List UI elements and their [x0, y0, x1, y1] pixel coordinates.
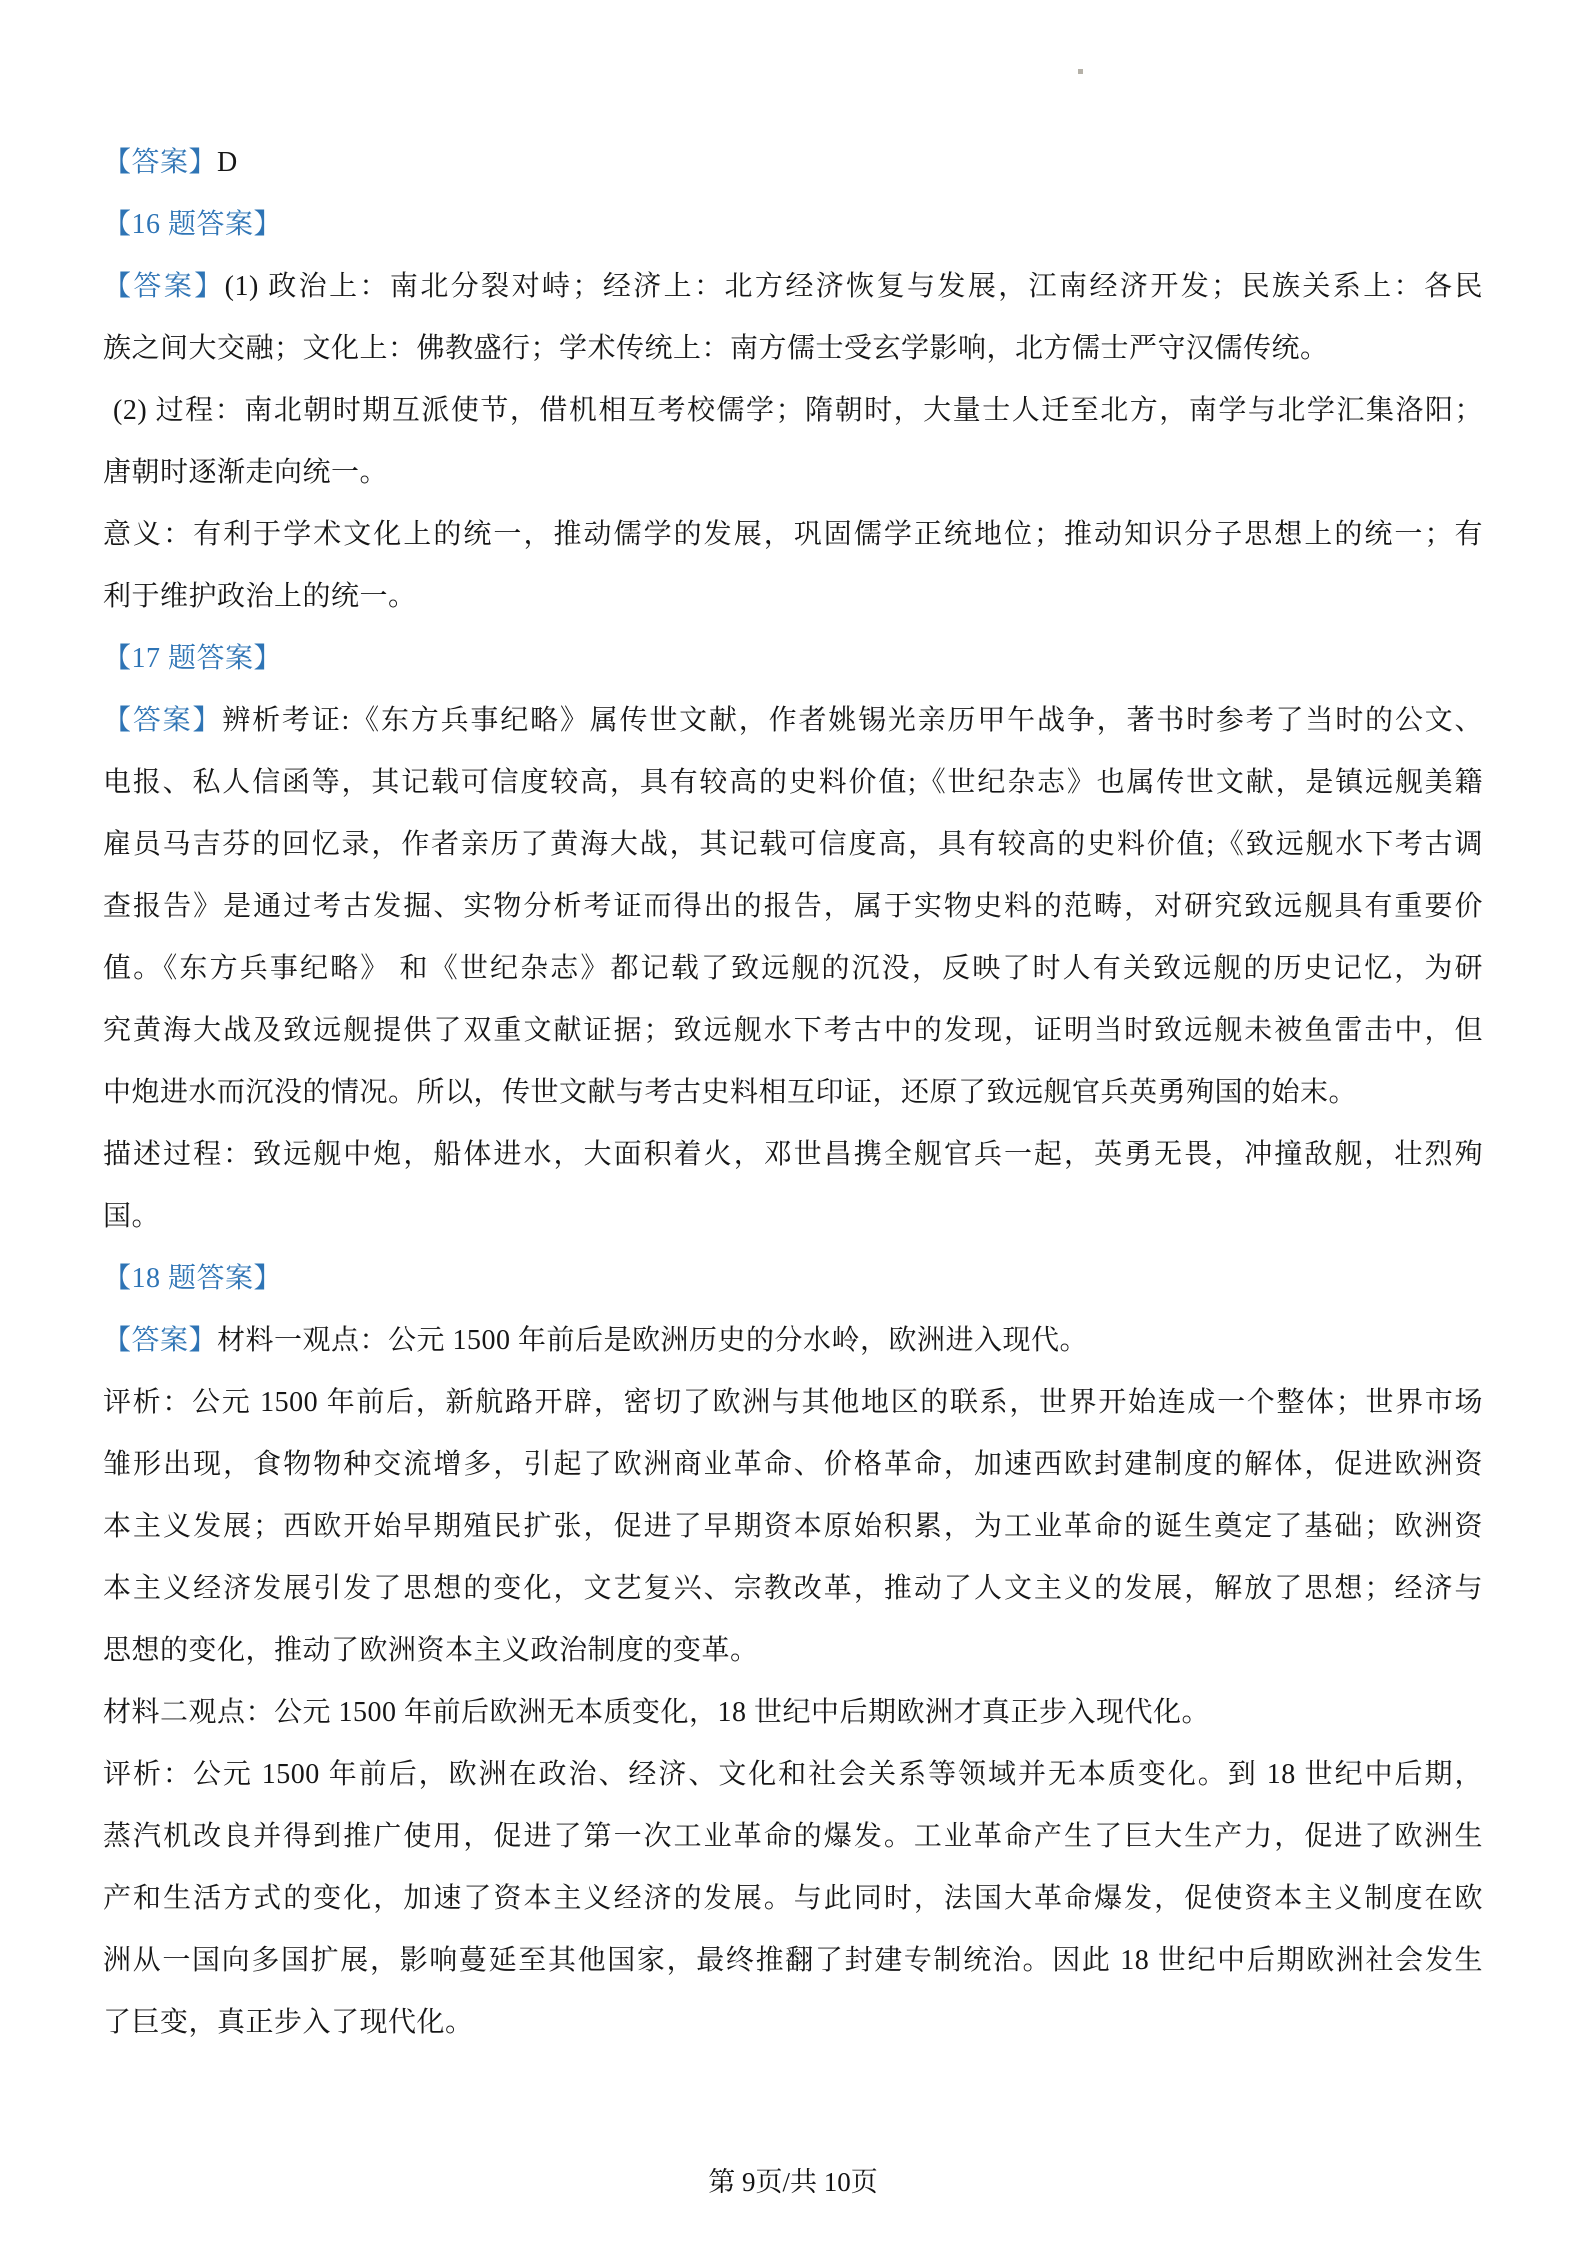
text-line: 查报告》是通过考古发掘、实物分析考证而得出的报告，属于实物史料的范畴，对研究致远… — [103, 876, 1483, 938]
section-heading: 【17 题答案】 — [103, 628, 1483, 690]
answer-label: 【答案】 — [103, 271, 225, 302]
text-line: 本主义经济发展引发了思想的变化，文艺复兴、宗教改革，推动了人文主义的发展，解放了… — [103, 1558, 1483, 1620]
document-page: 【答案】D【16 题答案】【答案】(1) 政治上：南北分裂对峙；经济上：北方经济… — [0, 0, 1586, 2244]
text-line: 族之间大交融；文化上：佛教盛行；学术传统上：南方儒士受玄学影响，北方儒士严守汉儒… — [103, 318, 1483, 380]
text-line: 评析：公元 1500 年前后，欧洲在政治、经济、文化和社会关系等领域并无本质变化… — [103, 1744, 1483, 1806]
section-heading: 【16 题答案】 — [103, 194, 1483, 256]
text-line: 描述过程：致远舰中炮，船体进水，大面积着火，邓世昌携全舰官兵一起，英勇无畏，冲撞… — [103, 1124, 1483, 1186]
line-text: 材料二观点：公元 1500 年前后欧洲无本质变化，18 世纪中后期欧洲才真正步入… — [103, 1697, 1210, 1728]
answer-label: 【答案】 — [103, 147, 217, 178]
text-line: 了巨变，真正步入了现代化。 — [103, 1992, 1483, 2054]
text-line: 思想的变化，推动了欧洲资本主义政治制度的变革。 — [103, 1620, 1483, 1682]
line-text: 评析：公元 1500 年前后，新航路开辟，密切了欧洲与其他地区的联系，世界开始连… — [103, 1387, 1483, 1418]
text-line: (2) 过程：南北朝时期互派使节，借机相互考校儒学；隋朝时，大量士人迁至北方，南… — [103, 380, 1483, 442]
answer-label: 【答案】 — [103, 1325, 217, 1356]
line-text: 究黄海大战及致远舰提供了双重文献证据；致远舰水下考古中的发现，证明当时致远舰未被… — [103, 1015, 1483, 1046]
text-line: 产和生活方式的变化，加速了资本主义经济的发展。与此同时，法国大革命爆发，促使资本… — [103, 1868, 1483, 1930]
text-line: 究黄海大战及致远舰提供了双重文献证据；致远舰水下考古中的发现，证明当时致远舰未被… — [103, 1000, 1483, 1062]
line-text: 辨析考证:《东方兵事纪略》属传世文献，作者姚锡光亲历甲午战争，著书时参考了当时的… — [222, 705, 1483, 736]
line-text: 本主义经济发展引发了思想的变化，文艺复兴、宗教改革，推动了人文主义的发展，解放了… — [103, 1573, 1483, 1604]
document-body: 【答案】D【16 题答案】【答案】(1) 政治上：南北分裂对峙；经济上：北方经济… — [103, 132, 1483, 2054]
answer-label: 【答案】 — [103, 705, 222, 736]
line-text: 蒸汽机改良并得到推广使用，促进了第一次工业革命的爆发。工业革命产生了巨大生产力，… — [103, 1821, 1483, 1852]
text-line: 雇员马吉芬的回忆录，作者亲历了黄海大战，其记载可信度高，具有较高的史料价值;《致… — [103, 814, 1483, 876]
line-text: 了巨变，真正步入了现代化。 — [103, 2007, 474, 2038]
text-line: 意义：有利于学术文化上的统一，推动儒学的发展，巩固儒学正统地位；推动知识分子思想… — [103, 504, 1483, 566]
text-line: 本主义发展；西欧开始早期殖民扩张，促进了早期资本原始积累，为工业革命的诞生奠定了… — [103, 1496, 1483, 1558]
text-line: 【答案】材料一观点：公元 1500 年前后是欧洲历史的分水岭，欧洲进入现代。 — [103, 1310, 1483, 1372]
line-text: 产和生活方式的变化，加速了资本主义经济的发展。与此同时，法国大革命爆发，促使资本… — [103, 1883, 1483, 1914]
text-line: 电报、私人信函等，其记载可信度较高，具有较高的史料价值;《世纪杂志》也属传世文献… — [103, 752, 1483, 814]
line-text: 值。《东方兵事纪略》 和《世纪杂志》都记载了致远舰的沉没，反映了时人有关致远舰的… — [103, 953, 1483, 984]
text-line: 材料二观点：公元 1500 年前后欧洲无本质变化，18 世纪中后期欧洲才真正步入… — [103, 1682, 1483, 1744]
line-text: 国。 — [103, 1201, 160, 1232]
question-answer-heading-label: 【16 题答案】 — [103, 209, 282, 240]
text-line: 国。 — [103, 1186, 1483, 1248]
question-answer-heading-label: 【17 题答案】 — [103, 643, 282, 674]
line-text: D — [217, 147, 238, 178]
text-line: 利于维护政治上的统一。 — [103, 566, 1483, 628]
text-line: 中炮进水而沉没的情况。所以，传世文献与考古史料相互印证，还原了致远舰官兵英勇殉国… — [103, 1062, 1483, 1124]
line-text: 雏形出现，食物物种交流增多，引起了欧洲商业革命、价格革命，加速西欧封建制度的解体… — [103, 1449, 1483, 1480]
line-text: 中炮进水而沉没的情况。所以，传世文献与考古史料相互印证，还原了致远舰官兵英勇殉国… — [103, 1077, 1357, 1108]
line-text: 雇员马吉芬的回忆录，作者亲历了黄海大战，其记载可信度高，具有较高的史料价值;《致… — [103, 829, 1483, 860]
line-text: (1) 政治上：南北分裂对峙；经济上：北方经济恢复与发展，江南经济开发；民族关系… — [225, 271, 1483, 302]
line-text: 本主义发展；西欧开始早期殖民扩张，促进了早期资本原始积累，为工业革命的诞生奠定了… — [103, 1511, 1483, 1542]
page-number-text: 第 9页/共 10页 — [708, 2167, 878, 2197]
text-line: 【答案】(1) 政治上：南北分裂对峙；经济上：北方经济恢复与发展，江南经济开发；… — [103, 256, 1483, 318]
line-text: (2) 过程：南北朝时期互派使节，借机相互考校儒学；隋朝时，大量士人迁至北方，南… — [113, 395, 1483, 426]
page-number-footer: 第 9页/共 10页 — [0, 2162, 1586, 2202]
question-answer-heading-label: 【18 题答案】 — [103, 1263, 282, 1294]
section-heading: 【18 题答案】 — [103, 1248, 1483, 1310]
text-line: 【答案】D — [103, 132, 1483, 194]
line-text: 评析：公元 1500 年前后，欧洲在政治、经济、文化和社会关系等领域并无本质变化… — [103, 1759, 1483, 1790]
text-line: 雏形出现，食物物种交流增多，引起了欧洲商业革命、价格革命，加速西欧封建制度的解体… — [103, 1434, 1483, 1496]
line-text: 唐朝时逐渐走向统一。 — [103, 457, 388, 488]
line-text: 材料一观点：公元 1500 年前后是欧洲历史的分水岭，欧洲进入现代。 — [217, 1325, 1088, 1356]
line-text: 利于维护政治上的统一。 — [103, 581, 417, 612]
text-line: 评析：公元 1500 年前后，新航路开辟，密切了欧洲与其他地区的联系，世界开始连… — [103, 1372, 1483, 1434]
line-text: 电报、私人信函等，其记载可信度较高，具有较高的史料价值;《世纪杂志》也属传世文献… — [103, 767, 1483, 798]
text-line: 唐朝时逐渐走向统一。 — [103, 442, 1483, 504]
text-line: 【答案】辨析考证:《东方兵事纪略》属传世文献，作者姚锡光亲历甲午战争，著书时参考… — [103, 690, 1483, 752]
text-line: 值。《东方兵事纪略》 和《世纪杂志》都记载了致远舰的沉没，反映了时人有关致远舰的… — [103, 938, 1483, 1000]
stray-mark — [1078, 69, 1083, 74]
line-text: 查报告》是通过考古发掘、实物分析考证而得出的报告，属于实物史料的范畴，对研究致远… — [103, 891, 1483, 922]
line-text: 洲从一国向多国扩展，影响蔓延至其他国家，最终推翻了封建专制统治。因此 18 世纪… — [103, 1945, 1483, 1976]
line-text: 族之间大交融；文化上：佛教盛行；学术传统上：南方儒士受玄学影响，北方儒士严守汉儒… — [103, 333, 1329, 364]
text-line: 蒸汽机改良并得到推广使用，促进了第一次工业革命的爆发。工业革命产生了巨大生产力，… — [103, 1806, 1483, 1868]
line-text: 意义：有利于学术文化上的统一，推动儒学的发展，巩固儒学正统地位；推动知识分子思想… — [103, 519, 1483, 550]
line-text: 思想的变化，推动了欧洲资本主义政治制度的变革。 — [103, 1635, 759, 1666]
line-text: 描述过程：致远舰中炮，船体进水，大面积着火，邓世昌携全舰官兵一起，英勇无畏，冲撞… — [103, 1139, 1483, 1170]
text-line: 洲从一国向多国扩展，影响蔓延至其他国家，最终推翻了封建专制统治。因此 18 世纪… — [103, 1930, 1483, 1992]
